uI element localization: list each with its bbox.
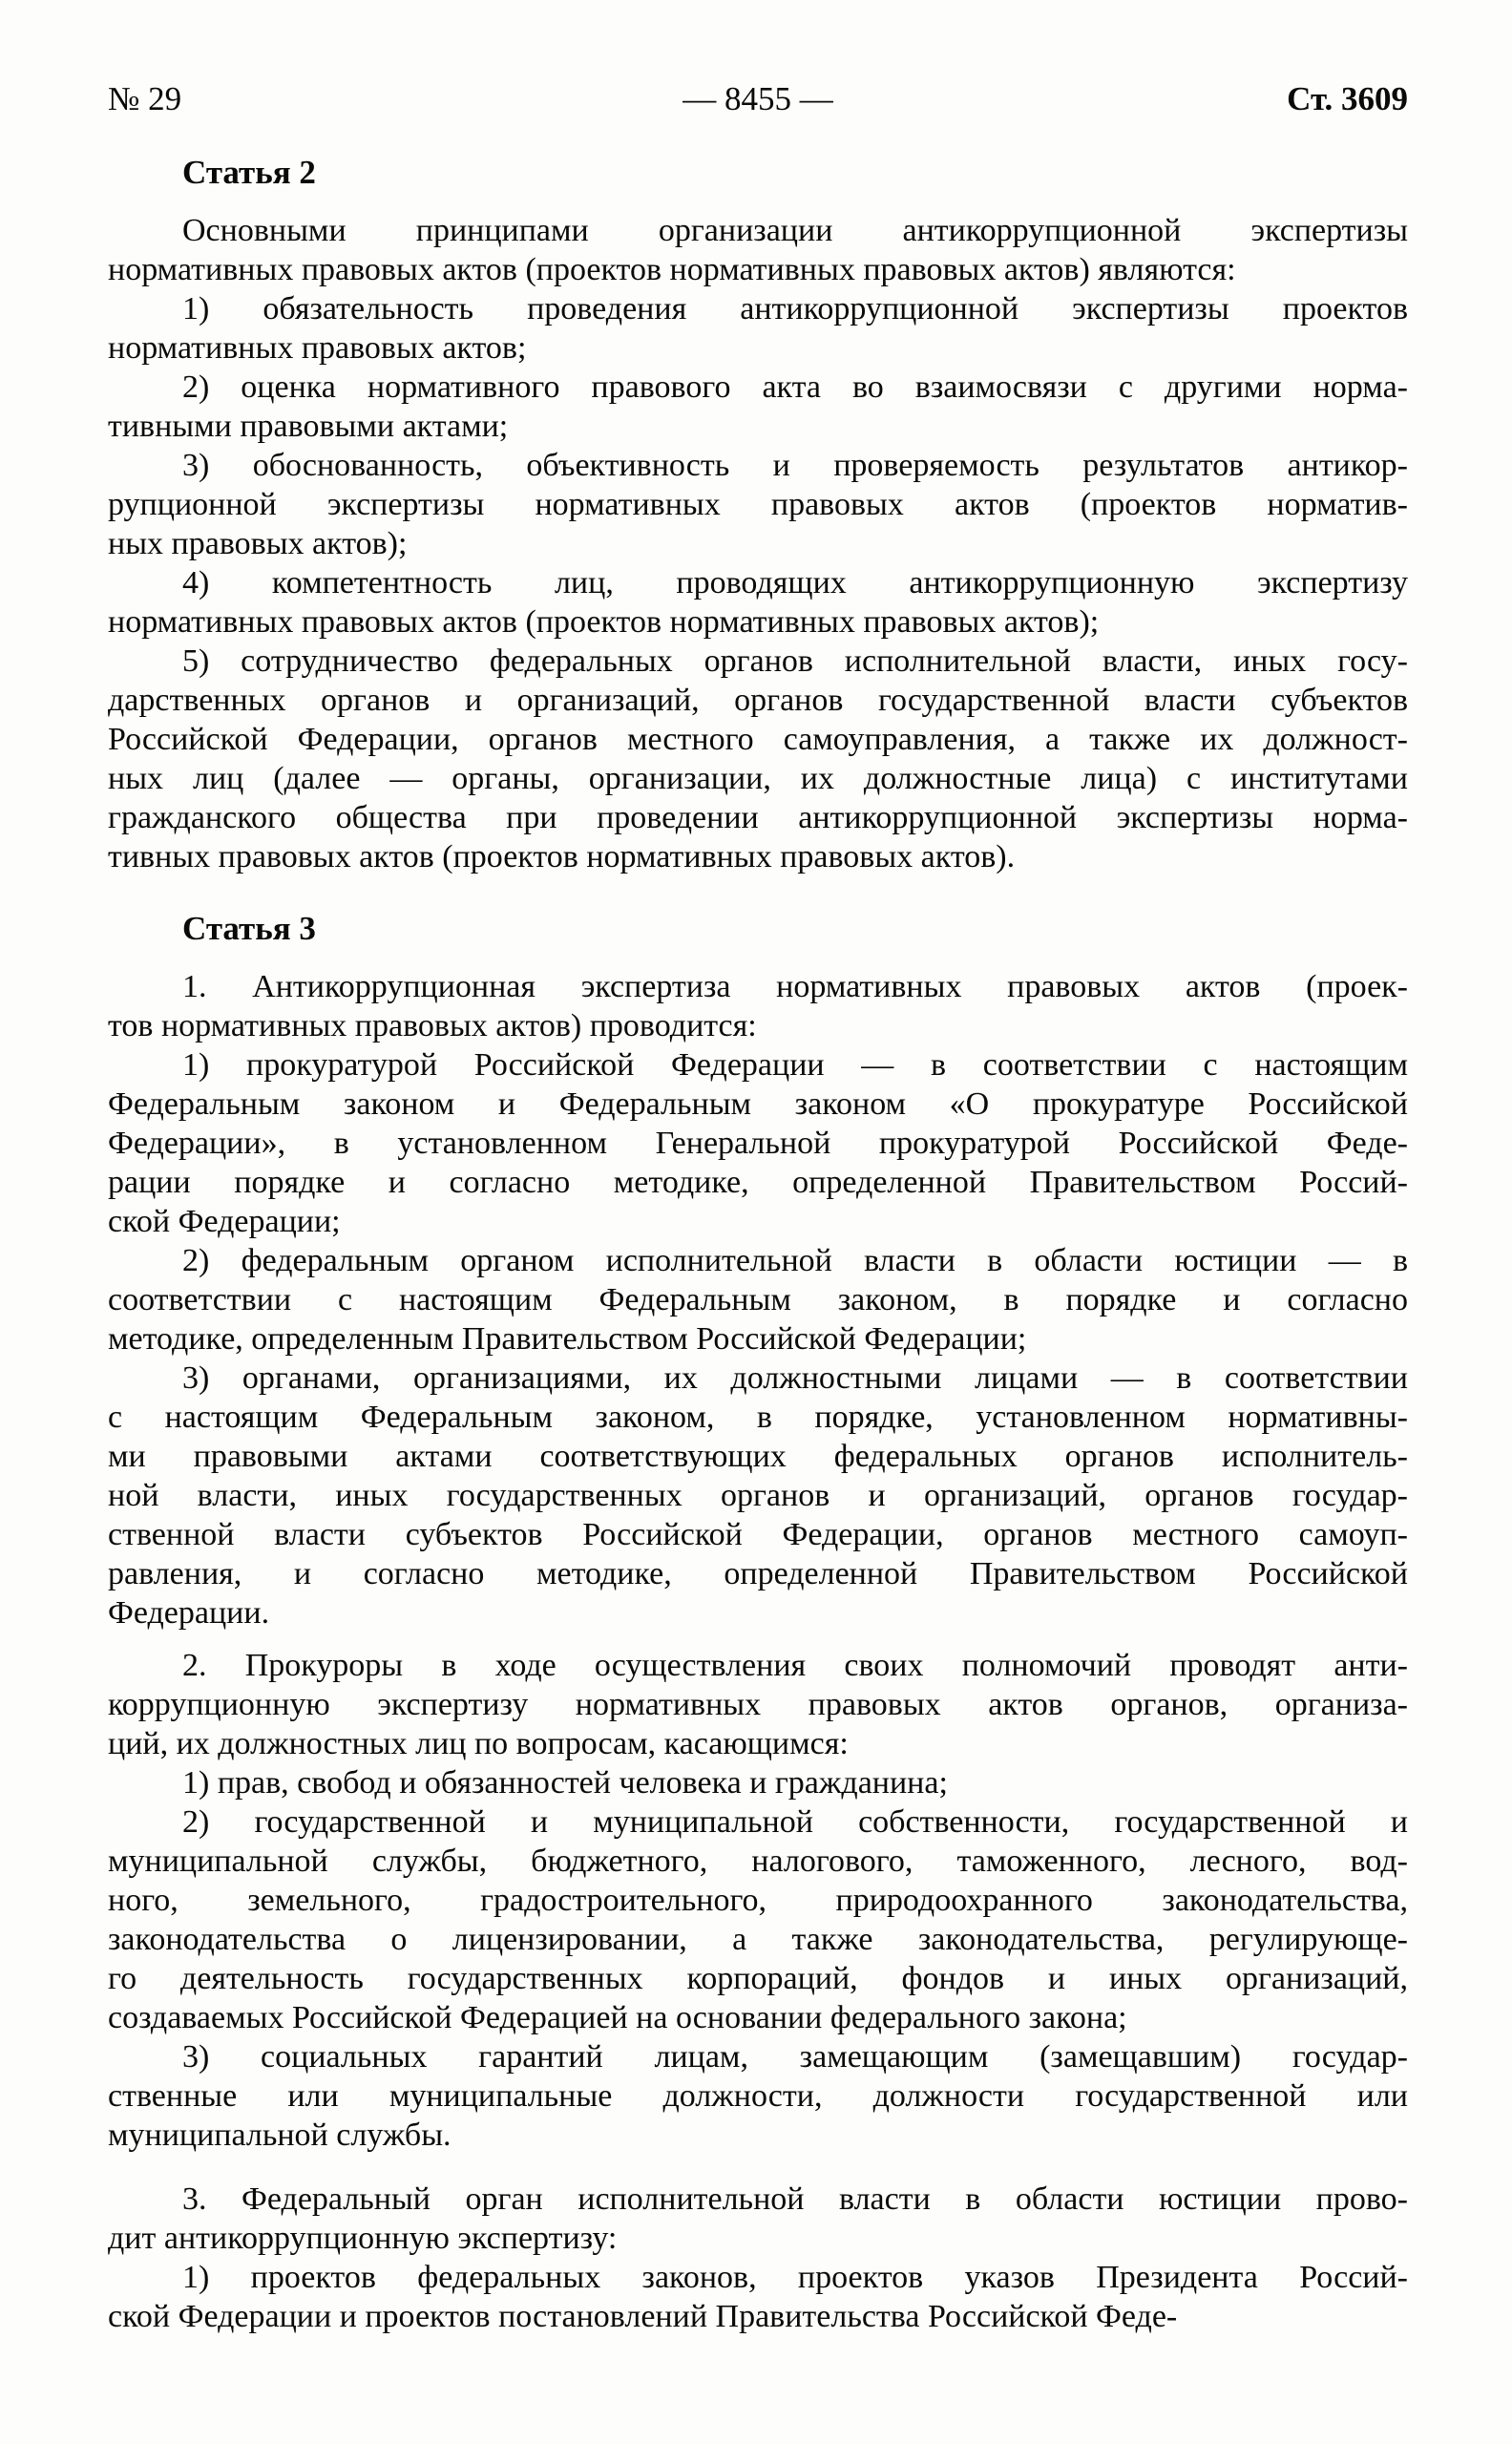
text-line: ной власти, иных государственных органов…: [108, 1476, 1408, 1515]
text-line: 3) обоснованность, объективность и прове…: [108, 446, 1408, 485]
text-line: муниципальной службы.: [108, 2116, 1408, 2155]
text-line: тивными правовыми актами;: [108, 407, 1408, 446]
paragraph: 2) федеральным органом исполнительной вл…: [108, 1241, 1408, 1359]
paragraph: 5) сотрудничество федеральных органов ис…: [108, 642, 1408, 876]
text-line: методике, определенным Правительством Ро…: [108, 1319, 1408, 1359]
document-page: № 29 — 8455 — Ст. 3609 Статья 2Основными…: [0, 0, 1512, 2444]
paragraph: 1. Антикоррупционная экспертиза норматив…: [108, 967, 1408, 1045]
text-line: Федерации.: [108, 1593, 1408, 1633]
document-body: Статья 2Основными принципами организации…: [108, 153, 1408, 2336]
text-line: ственные или муниципальные должности, до…: [108, 2076, 1408, 2116]
text-line: 2. Прокуроры в ходе осуществления своих …: [108, 1646, 1408, 1685]
text-line: ской Федерации и проектов постановлений …: [108, 2297, 1408, 2336]
paragraph: 1) прав, свобод и обязанностей человека …: [108, 1763, 1408, 1802]
paragraph: 3) органами, организациями, их должностн…: [108, 1359, 1408, 1633]
text-line: 2) государственной и муниципальной собст…: [108, 1802, 1408, 1842]
text-line: ций, их должностных лиц по вопросам, кас…: [108, 1724, 1408, 1763]
text-line: рупционной экспертизы нормативных правов…: [108, 485, 1408, 524]
text-line: муниципальной службы, бюджетного, налого…: [108, 1842, 1408, 1881]
text-line: 2) федеральным органом исполнительной вл…: [108, 1241, 1408, 1280]
text-line: соответствии с настоящим Федеральным зак…: [108, 1280, 1408, 1319]
paragraph: 3) социальных гарантий лицам, замещающим…: [108, 2037, 1408, 2155]
paragraph: 1) проектов федеральных законов, проекто…: [108, 2258, 1408, 2336]
text-line: 1) прав, свобод и обязанностей человека …: [108, 1763, 1408, 1802]
text-line: 1) прокуратурой Российской Федерации — в…: [108, 1045, 1408, 1085]
text-line: дарственных органов и организаций, орган…: [108, 681, 1408, 720]
paragraph: 3. Федеральный орган исполнительной влас…: [108, 2180, 1408, 2258]
text-line: тов нормативных правовых актов) проводит…: [108, 1006, 1408, 1045]
text-line: с настоящим Федеральным законом, в поряд…: [108, 1398, 1408, 1437]
text-line: равления, и согласно методике, определен…: [108, 1554, 1408, 1593]
paragraph: Основными принципами организации антикор…: [108, 211, 1408, 289]
paragraph: 2) оценка нормативного правового акта во…: [108, 368, 1408, 446]
article-heading: Статья 2: [108, 153, 1408, 192]
paragraph: 1) прокуратурой Российской Федерации — в…: [108, 1045, 1408, 1241]
text-line: коррупционную экспертизу нормативных пра…: [108, 1685, 1408, 1724]
text-line: Федерации», в установленном Генеральной …: [108, 1124, 1408, 1163]
text-line: 4) компетентность лиц, проводящих антико…: [108, 563, 1408, 602]
paragraph: 2. Прокуроры в ходе осуществления своих …: [108, 1646, 1408, 1763]
text-line: ного, земельного, градостроительного, пр…: [108, 1881, 1408, 1920]
paragraph: 2) государственной и муниципальной собст…: [108, 1802, 1408, 2037]
text-line: Основными принципами организации антикор…: [108, 211, 1408, 250]
text-line: ственной власти субъектов Российской Фед…: [108, 1515, 1408, 1554]
article-heading: Статья 3: [108, 909, 1408, 948]
text-line: 3) социальных гарантий лицам, замещающим…: [108, 2037, 1408, 2076]
text-line: 2) оценка нормативного правового акта во…: [108, 368, 1408, 407]
page-number: — 8455 —: [682, 80, 833, 118]
text-line: 5) сотрудничество федеральных органов ис…: [108, 642, 1408, 681]
text-line: 3. Федеральный орган исполнительной влас…: [108, 2180, 1408, 2219]
text-line: 1) обязательность проведения антикоррупц…: [108, 289, 1408, 328]
text-line: 3) органами, организациями, их должностн…: [108, 1359, 1408, 1398]
paragraph: 1) обязательность проведения антикоррупц…: [108, 289, 1408, 368]
text-line: ных лиц (далее — органы, организации, их…: [108, 759, 1408, 798]
page-header: № 29 — 8455 — Ст. 3609: [108, 80, 1408, 118]
text-line: дит антикоррупционную экспертизу:: [108, 2219, 1408, 2258]
text-line: рации порядке и согласно методике, опред…: [108, 1163, 1408, 1202]
text-line: ных правовых актов);: [108, 524, 1408, 563]
article-ref: Ст. 3609: [833, 80, 1408, 118]
text-line: 1. Антикоррупционная экспертиза норматив…: [108, 967, 1408, 1006]
text-line: ми правовыми актами соответствующих феде…: [108, 1437, 1408, 1476]
text-line: нормативных правовых актов (проектов нор…: [108, 602, 1408, 642]
text-line: гражданского общества при проведении ант…: [108, 798, 1408, 837]
text-line: создаваемых Российской Федерацией на осн…: [108, 1998, 1408, 2037]
paragraph: 4) компетентность лиц, проводящих антико…: [108, 563, 1408, 642]
text-line: ской Федерации;: [108, 1202, 1408, 1241]
text-line: Федеральным законом и Федеральным законо…: [108, 1085, 1408, 1124]
text-line: законодательства о лицензировании, а так…: [108, 1920, 1408, 1959]
text-line: нормативных правовых актов (проектов нор…: [108, 250, 1408, 289]
text-line: нормативных правовых актов;: [108, 328, 1408, 368]
text-line: Российской Федерации, органов местного с…: [108, 720, 1408, 759]
paragraph: 3) обоснованность, объективность и прове…: [108, 446, 1408, 563]
issue-number: № 29: [108, 80, 682, 118]
text-line: 1) проектов федеральных законов, проекто…: [108, 2258, 1408, 2297]
text-line: го деятельность государственных корпорац…: [108, 1959, 1408, 1998]
text-line: тивных правовых актов (проектов норматив…: [108, 837, 1408, 876]
